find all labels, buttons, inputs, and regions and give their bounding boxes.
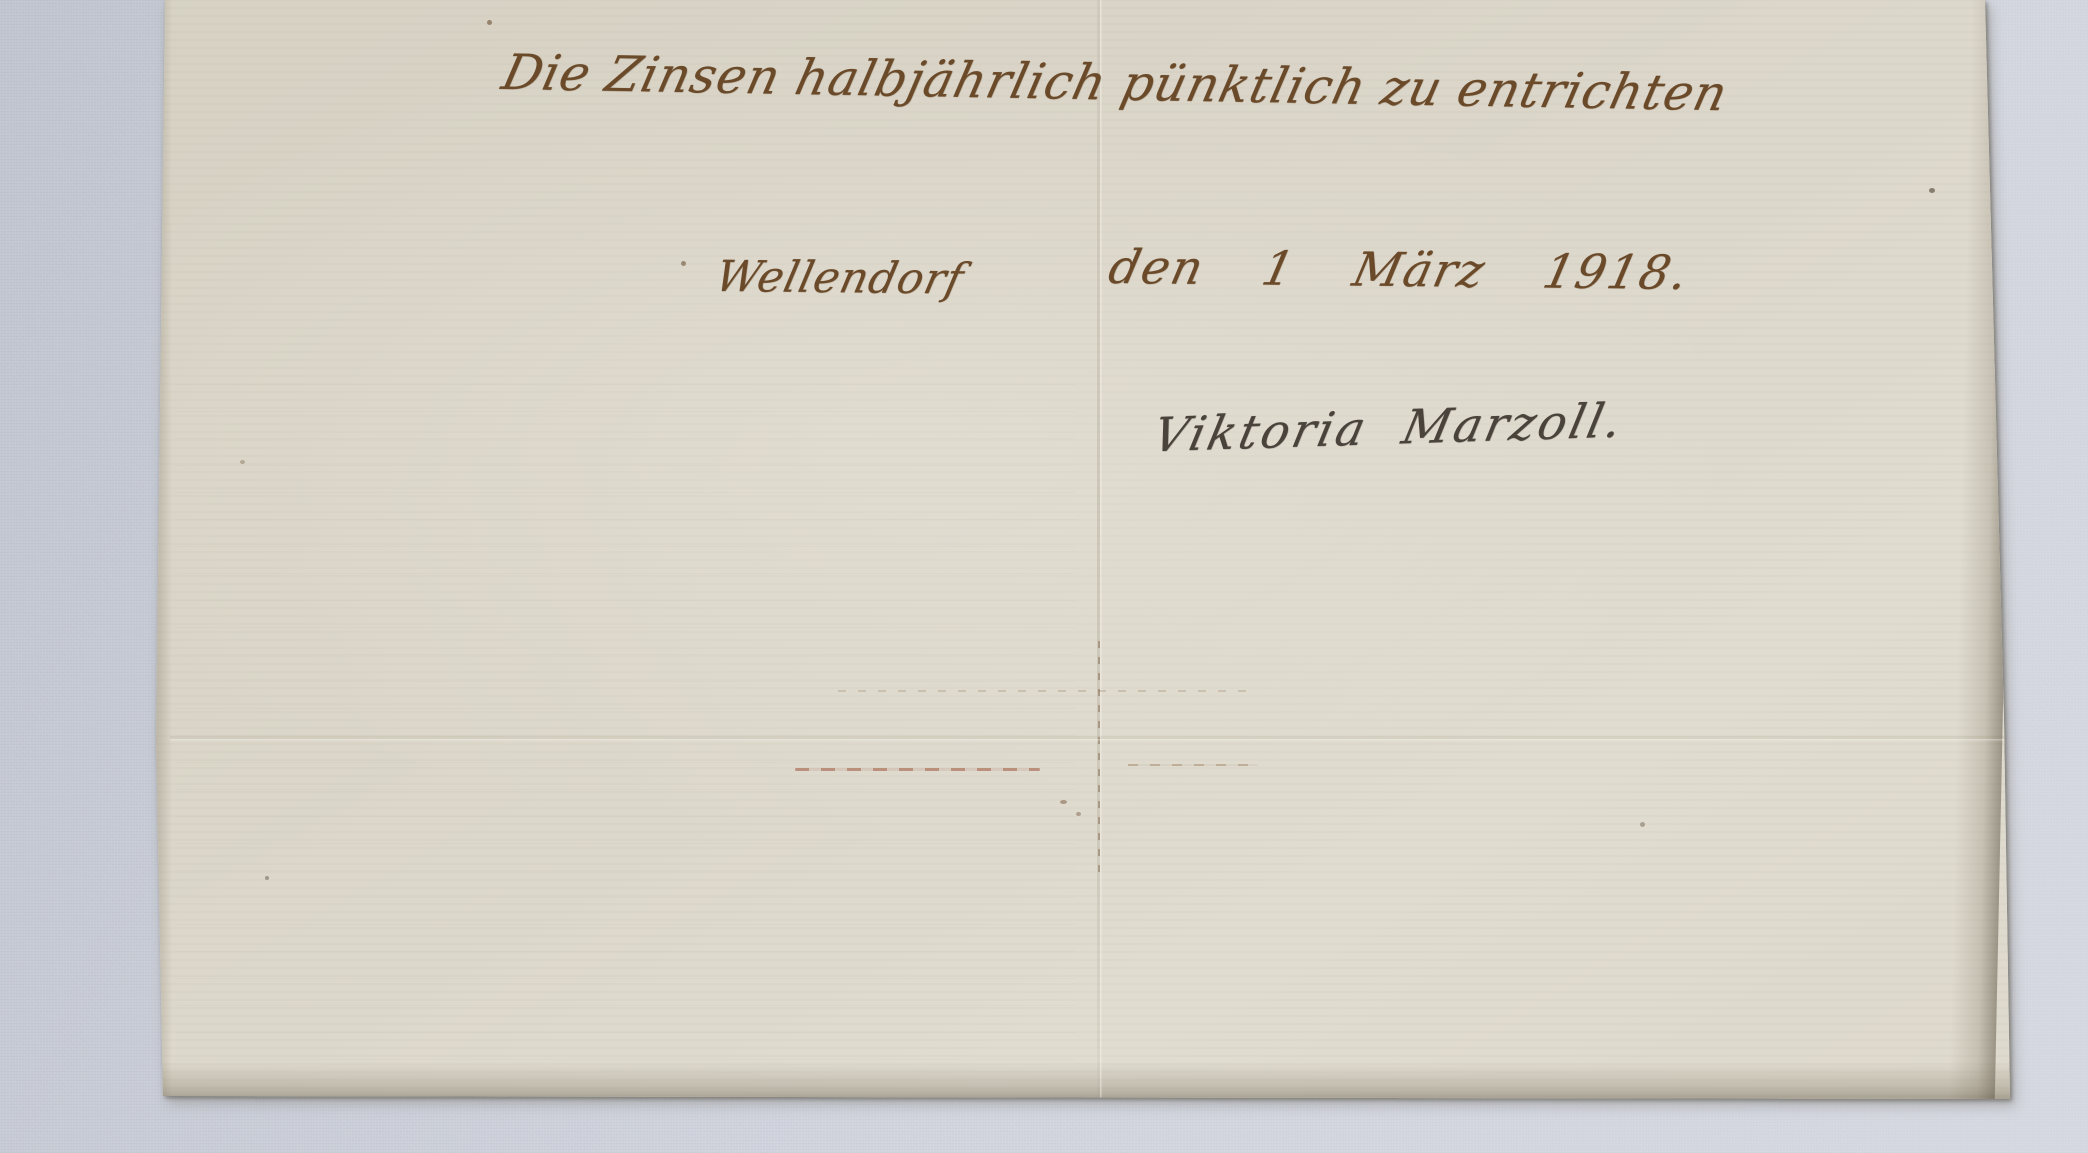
ink-speck xyxy=(1929,188,1935,193)
photograph: Die Zinsen halbjährlich pünktlich zu ent… xyxy=(0,0,2088,1153)
paper-sheet-wrap: Die Zinsen halbjährlich pünktlich zu ent… xyxy=(0,0,2088,1153)
paper-edge-shadow-bottom xyxy=(150,1062,2030,1102)
ink-speck xyxy=(681,261,686,266)
red-fold-mark xyxy=(795,768,1040,771)
ink-speck xyxy=(1640,822,1645,827)
paper-edge-shadow-right xyxy=(1948,0,2018,1120)
vertical-fold-crease xyxy=(1097,0,1100,1100)
handwritten-date: den 1 März 1918. xyxy=(1104,240,1695,301)
faint-fold-mark xyxy=(838,690,1258,692)
handwritten-line-interest-clause: Die Zinsen halbjährlich pünktlich zu ent… xyxy=(497,44,1733,122)
ink-speck xyxy=(1076,812,1081,816)
ink-speck xyxy=(487,20,492,25)
ink-speck xyxy=(240,460,245,464)
handwritten-signature: Viktoria Marzoll. xyxy=(1148,393,1630,463)
bleed-through-lines xyxy=(175,360,1075,1060)
faint-fold-mark-right xyxy=(1128,764,1258,766)
vertical-fold-crease-marks xyxy=(1098,640,1100,872)
ink-speck xyxy=(1060,800,1067,804)
handwritten-place-name: Wellendorf xyxy=(711,252,969,304)
paper-edge-shadow-left xyxy=(156,0,172,1110)
ink-speck xyxy=(265,876,269,880)
paper-sheet: Die Zinsen halbjährlich pünktlich zu ent… xyxy=(0,0,2088,1153)
horizontal-fold-crease xyxy=(170,736,2008,739)
